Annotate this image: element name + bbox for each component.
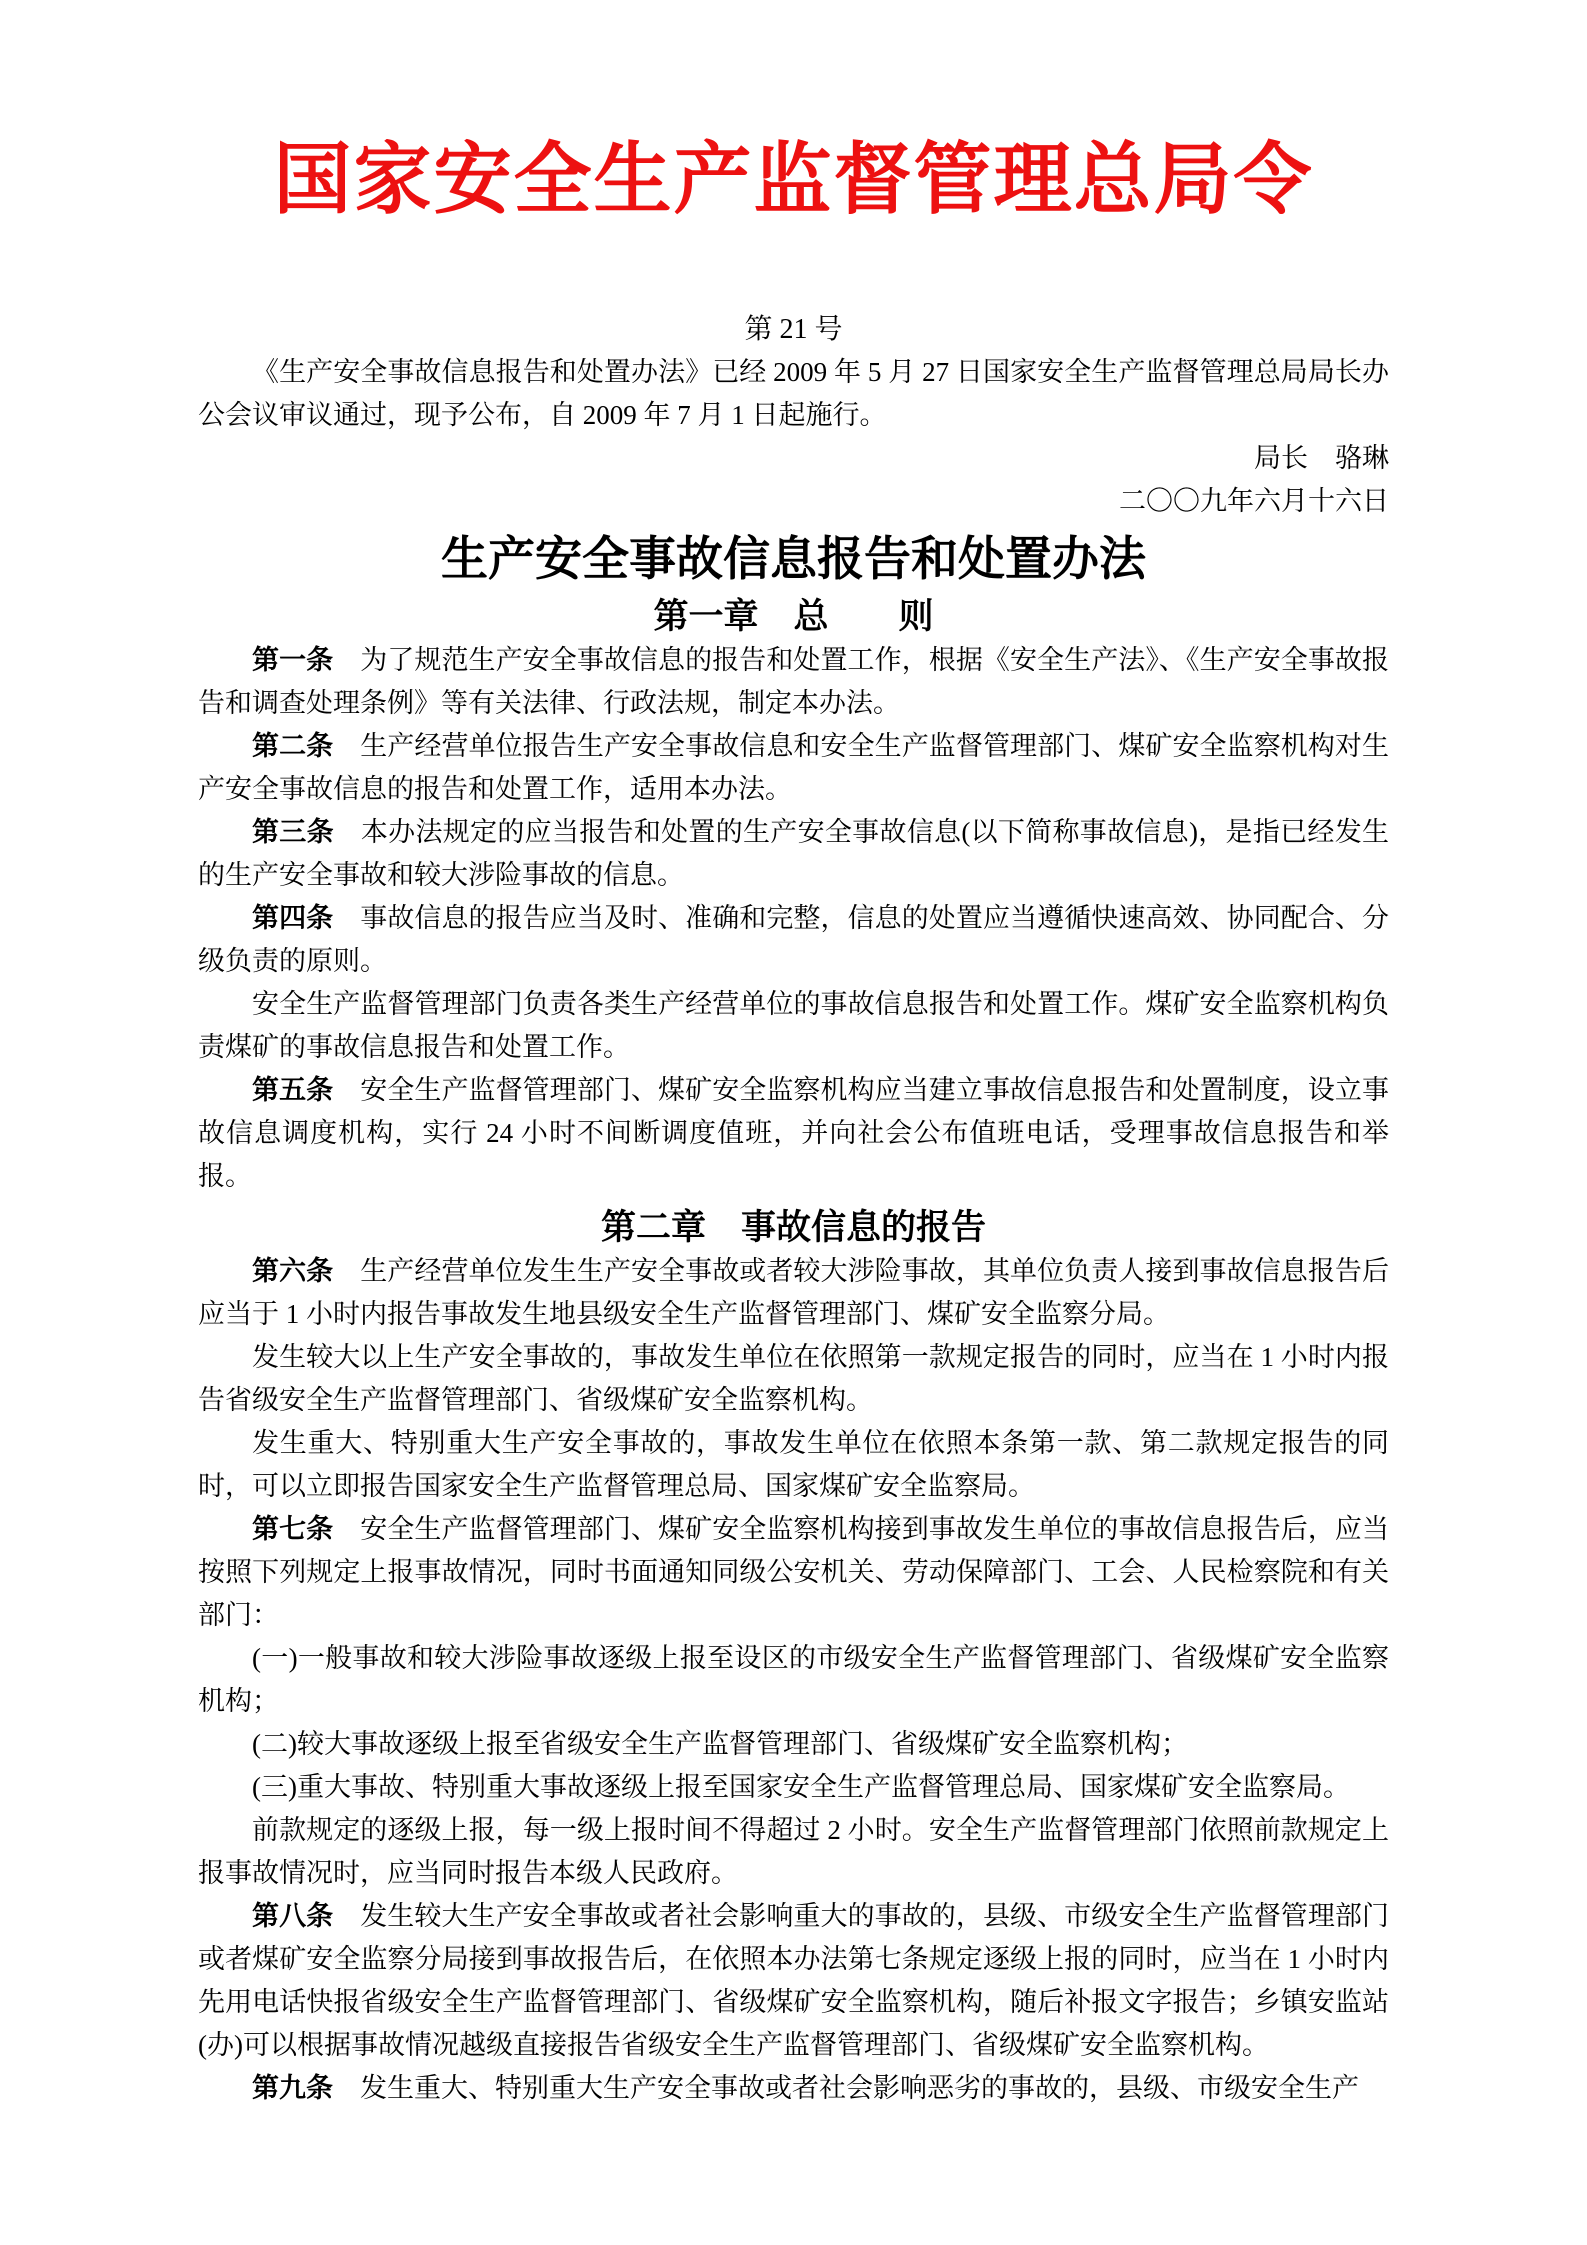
article-text: (一)一般事故和较大涉险事故逐级上报至设区的市级安全生产监督管理部门、省级煤矿安… — [198, 1643, 1389, 1716]
article-text: 发生较大生产安全事故或者社会影响重大的事故的，县级、市级安全生产监督管理部门或者… — [198, 1901, 1389, 2060]
chapter-2-heading: 第二章 事故信息的报告 — [198, 1206, 1389, 1250]
article-number: 第五条 — [252, 1075, 333, 1105]
agency-order-title: 国家安全生产监督管理总局令 — [198, 130, 1389, 230]
article-paragraph: 第五条安全生产监督管理部门、煤矿安全监察机构应当建立事故信息报告和处置制度，设立… — [198, 1069, 1389, 1198]
article-text: 安全生产监督管理部门负责各类生产经营单位的事故信息报告和处置工作。煤矿安全监察机… — [198, 989, 1389, 1062]
article-number: 第八条 — [252, 1901, 333, 1931]
signature-date: 二〇〇九年六月十六日 — [198, 480, 1389, 523]
article-paragraph: 发生重大、特别重大生产安全事故的，事故发生单位在依照本条第一款、第二款规定报告的… — [198, 1422, 1389, 1508]
article-number: 第六条 — [252, 1256, 333, 1286]
article-paragraph: 第八条发生较大生产安全事故或者社会影响重大的事故的，县级、市级安全生产监督管理部… — [198, 1895, 1389, 2067]
article-text: 安全生产监督管理部门、煤矿安全监察机构应当建立事故信息报告和处置制度，设立事故信… — [198, 1075, 1389, 1191]
document-page: 国家安全生产监督管理总局令 第 21 号 《生产安全事故信息报告和处置办法》已经… — [0, 0, 1587, 2245]
article-list-item: (三)重大事故、特别重大事故逐级上报至国家安全生产监督管理总局、国家煤矿安全监察… — [198, 1766, 1389, 1809]
article-text: 发生重大、特别重大生产安全事故或者社会影响恶劣的事故的，县级、市级安全生产 — [360, 2073, 1359, 2103]
article-text: (二)较大事故逐级上报至省级安全生产监督管理部门、省级煤矿安全监察机构； — [252, 1729, 1188, 1759]
article-paragraph: 第七条安全生产监督管理部门、煤矿安全监察机构接到事故发生单位的事故信息报告后，应… — [198, 1508, 1389, 1637]
article-text: 发生较大以上生产安全事故的，事故发生单位在依照第一款规定报告的同时，应当在 1 … — [198, 1342, 1389, 1415]
article-number: 第九条 — [252, 2073, 333, 2103]
article-number: 第二条 — [252, 731, 333, 761]
article-number: 第七条 — [252, 1514, 333, 1544]
article-paragraph: 第一条为了规范生产安全事故信息的报告和处置工作，根据《安全生产法》、《生产安全事… — [198, 639, 1389, 725]
article-text: (三)重大事故、特别重大事故逐级上报至国家安全生产监督管理总局、国家煤矿安全监察… — [252, 1772, 1350, 1802]
article-number: 第三条 — [252, 817, 334, 847]
article-text: 前款规定的逐级上报，每一级上报时间不得超过 2 小时。安全生产监督管理部门依照前… — [198, 1815, 1389, 1888]
article-text: 生产经营单位发生生产安全事故或者较大涉险事故，其单位负责人接到事故信息报告后应当… — [198, 1256, 1389, 1329]
article-paragraph: 第二条生产经营单位报告生产安全事故信息和安全生产监督管理部门、煤矿安全监察机构对… — [198, 725, 1389, 811]
promulgation-paragraph: 《生产安全事故信息报告和处置办法》已经 2009 年 5 月 27 日国家安全生… — [198, 351, 1389, 437]
chapter-1-heading: 第一章 总 则 — [198, 595, 1389, 639]
article-paragraph: 前款规定的逐级上报，每一级上报时间不得超过 2 小时。安全生产监督管理部门依照前… — [198, 1809, 1389, 1895]
article-paragraph: 第九条发生重大、特别重大生产安全事故或者社会影响恶劣的事故的，县级、市级安全生产 — [198, 2067, 1389, 2110]
article-number: 第一条 — [252, 645, 333, 675]
signer-name: 局长 骆琳 — [198, 437, 1389, 480]
article-paragraph: 第四条事故信息的报告应当及时、准确和完整，信息的处置应当遵循快速高效、协同配合、… — [198, 897, 1389, 983]
article-paragraph: 第六条生产经营单位发生生产安全事故或者较大涉险事故，其单位负责人接到事故信息报告… — [198, 1250, 1389, 1336]
article-text: 为了规范生产安全事故信息的报告和处置工作，根据《安全生产法》、《生产安全事故报告… — [198, 645, 1389, 718]
order-number: 第 21 号 — [198, 308, 1389, 351]
article-paragraph: 第三条本办法规定的应当报告和处置的生产安全事故信息(以下简称事故信息)，是指已经… — [198, 811, 1389, 897]
article-list-item: (一)一般事故和较大涉险事故逐级上报至设区的市级安全生产监督管理部门、省级煤矿安… — [198, 1637, 1389, 1723]
article-text: 安全生产监督管理部门、煤矿安全监察机构接到事故发生单位的事故信息报告后，应当按照… — [198, 1514, 1389, 1630]
article-text: 本办法规定的应当报告和处置的生产安全事故信息(以下简称事故信息)，是指已经发生的… — [198, 817, 1389, 890]
signature-block: 局长 骆琳 二〇〇九年六月十六日 — [198, 437, 1389, 523]
article-number: 第四条 — [252, 903, 333, 933]
article-paragraph: 发生较大以上生产安全事故的，事故发生单位在依照第一款规定报告的同时，应当在 1 … — [198, 1336, 1389, 1422]
article-paragraph: 安全生产监督管理部门负责各类生产经营单位的事故信息报告和处置工作。煤矿安全监察机… — [198, 983, 1389, 1069]
article-text: 发生重大、特别重大生产安全事故的，事故发生单位在依照本条第一款、第二款规定报告的… — [198, 1428, 1389, 1501]
article-text: 生产经营单位报告生产安全事故信息和安全生产监督管理部门、煤矿安全监察机构对生产安… — [198, 731, 1389, 804]
document-title: 生产安全事故信息报告和处置办法 — [198, 531, 1389, 587]
article-list-item: (二)较大事故逐级上报至省级安全生产监督管理部门、省级煤矿安全监察机构； — [198, 1723, 1389, 1766]
article-text: 事故信息的报告应当及时、准确和完整，信息的处置应当遵循快速高效、协同配合、分级负… — [198, 903, 1389, 976]
